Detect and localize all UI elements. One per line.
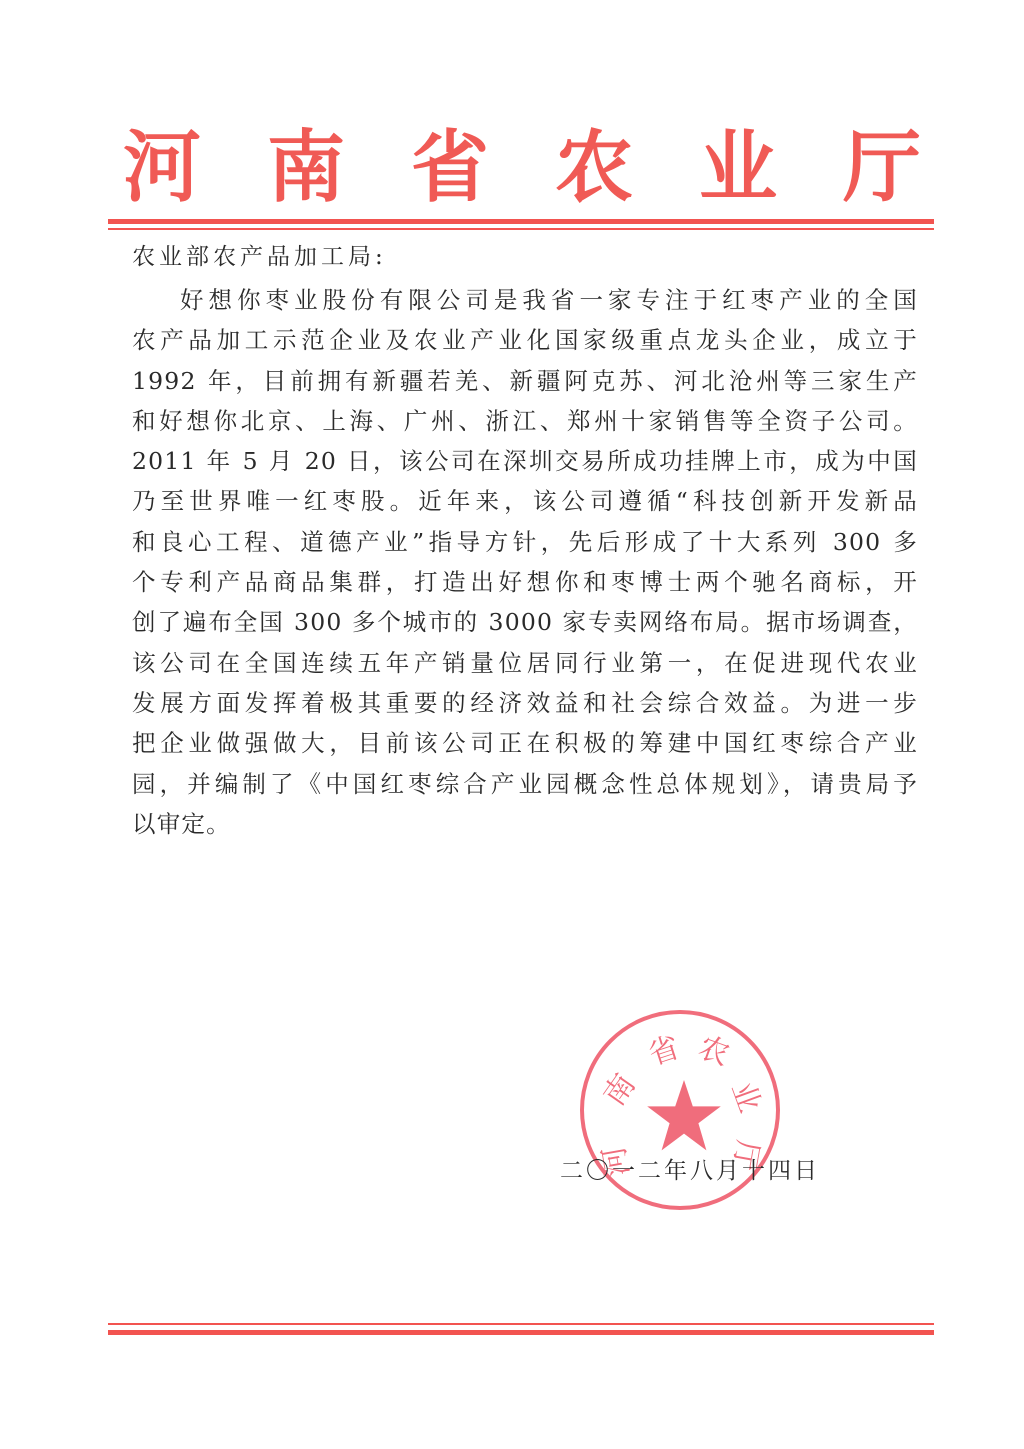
letterhead-char: 南 [256, 129, 356, 207]
seal-char: 省 [642, 1022, 684, 1073]
letter-date: 二〇一二年八月十四日 [560, 1152, 820, 1185]
header-rule-thin [108, 228, 934, 230]
letterhead-char: 业 [688, 129, 788, 207]
body-line: 把企业做强做大，目前该公司正在积极的筹建中国红枣综合产业 [132, 723, 918, 763]
letterhead-char: 农 [544, 129, 644, 207]
body-line: 乃至世界唯一红枣股。近年来，该公司遵循“科技创新开发新品 [132, 481, 918, 521]
footer-rule-thin [108, 1323, 934, 1325]
body-line: 创了遍布全国 300 多个城市的 3000 家专卖网络布局。据市场调查， [132, 602, 918, 642]
body-line: 发展方面发挥着极其重要的经济效益和社会综合效益。为进一步 [132, 683, 918, 723]
header-rule-thick [108, 219, 934, 224]
body-line: 2011 年 5 月 20 日，该公司在深圳交易所成功挂牌上市，成为中国 [132, 441, 918, 481]
addressee: 农业部农产品加工局: [132, 238, 387, 271]
letterhead-char: 河 [112, 129, 212, 207]
body-line: 好想你枣业股份有限公司是我省一家专注于红枣产业的全国 [132, 280, 918, 320]
letterhead-title: 河 南 省 农 业 厅 [112, 118, 932, 218]
body-line: 以审定。 [132, 804, 918, 844]
body-line: 园，并编制了《中国红枣综合产业园概念性总体规划》，请贵局予 [132, 764, 918, 804]
seal-char: 南 [590, 1063, 643, 1113]
body-line: 和好想你北京、上海、广州、浙江、郑州十家销售等全资子公司。 [132, 401, 918, 441]
body-line: 该公司在全国连续五年产销量位居同行业第一，在促进现代农业 [132, 643, 918, 683]
letter-body: 好想你枣业股份有限公司是我省一家专注于红枣产业的全国 农产品加工示范企业及农业产… [132, 280, 918, 844]
body-line: 农产品加工示范企业及农业产业化国家级重点龙头企业，成立于 [132, 320, 918, 360]
seal-char: 农 [693, 1022, 736, 1074]
body-line: 1992 年，目前拥有新疆若羌、新疆阿克苏、河北沧州等三家生产 [132, 361, 918, 401]
seal-char: 业 [723, 1074, 775, 1117]
body-line: 个专利产品商品集群，打造出好想你和枣博士两个驰名商标，开 [132, 562, 918, 602]
body-line: 和良心工程、道德产业”指导方针，先后形成了十大系列 300 多 [132, 522, 918, 562]
letterhead-char: 省 [400, 129, 500, 207]
footer-rule-thick [108, 1330, 934, 1335]
star-icon [644, 1076, 724, 1156]
letterhead-char: 厅 [832, 129, 932, 207]
